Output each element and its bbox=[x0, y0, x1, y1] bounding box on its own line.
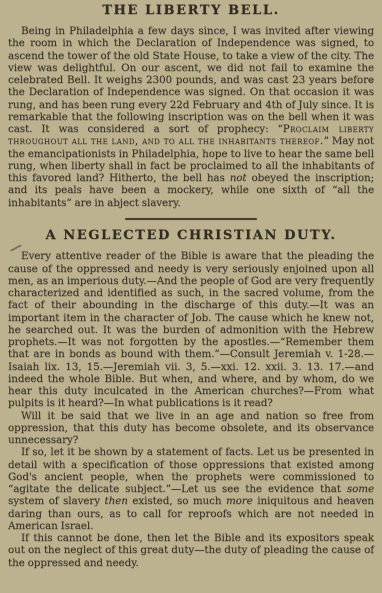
article-title-neglected-duty: A NEGLECTED CHRISTIAN DUTY. bbox=[8, 228, 374, 243]
paragraph: If so, let it be shown by a statement of… bbox=[8, 446, 374, 532]
text-segment: If this cannot be done, then let the Bib… bbox=[8, 532, 374, 569]
article-neglected-duty: A NEGLECTED CHRISTIAN DUTY. Every attent… bbox=[8, 228, 374, 569]
paragraph: Being in Philadelphia a few days since, … bbox=[8, 25, 374, 209]
text-segment: then bbox=[105, 495, 128, 507]
section-divider-rule bbox=[125, 218, 257, 221]
page-content: THE LIBERTY BELL. Being in Philadelphia … bbox=[0, 0, 382, 569]
text-segment: more bbox=[226, 495, 253, 507]
text-segment: existed, so much bbox=[128, 495, 226, 507]
paragraph: If this cannot be done, then let the Bib… bbox=[8, 532, 374, 569]
text-segment: Every attentive reader of the Bible is a… bbox=[8, 250, 374, 409]
text-segment: some bbox=[347, 483, 374, 495]
text-segment: system of slavery bbox=[8, 495, 105, 507]
article-liberty-bell: THE LIBERTY BELL. Being in Philadelphia … bbox=[8, 3, 374, 209]
paragraph: Every attentive reader of the Bible is a… bbox=[8, 250, 374, 409]
text-segment: Will it be said that we live in an age a… bbox=[8, 410, 374, 447]
article-body-neglected-duty: Every attentive reader of the Bible is a… bbox=[8, 250, 374, 569]
scanned-document-page: THE LIBERTY BELL. Being in Philadelphia … bbox=[0, 0, 382, 593]
paragraph: Will it be said that we live in an age a… bbox=[8, 410, 374, 447]
text-segment: not bbox=[230, 172, 247, 184]
text-segment: Being in Philadelphia a few days since, … bbox=[8, 25, 374, 135]
text-segment: If so, let it be shown by a statement of… bbox=[8, 446, 374, 495]
article-body-liberty-bell: Being in Philadelphia a few days since, … bbox=[8, 25, 374, 209]
article-title-liberty-bell: THE LIBERTY BELL. bbox=[8, 3, 374, 18]
